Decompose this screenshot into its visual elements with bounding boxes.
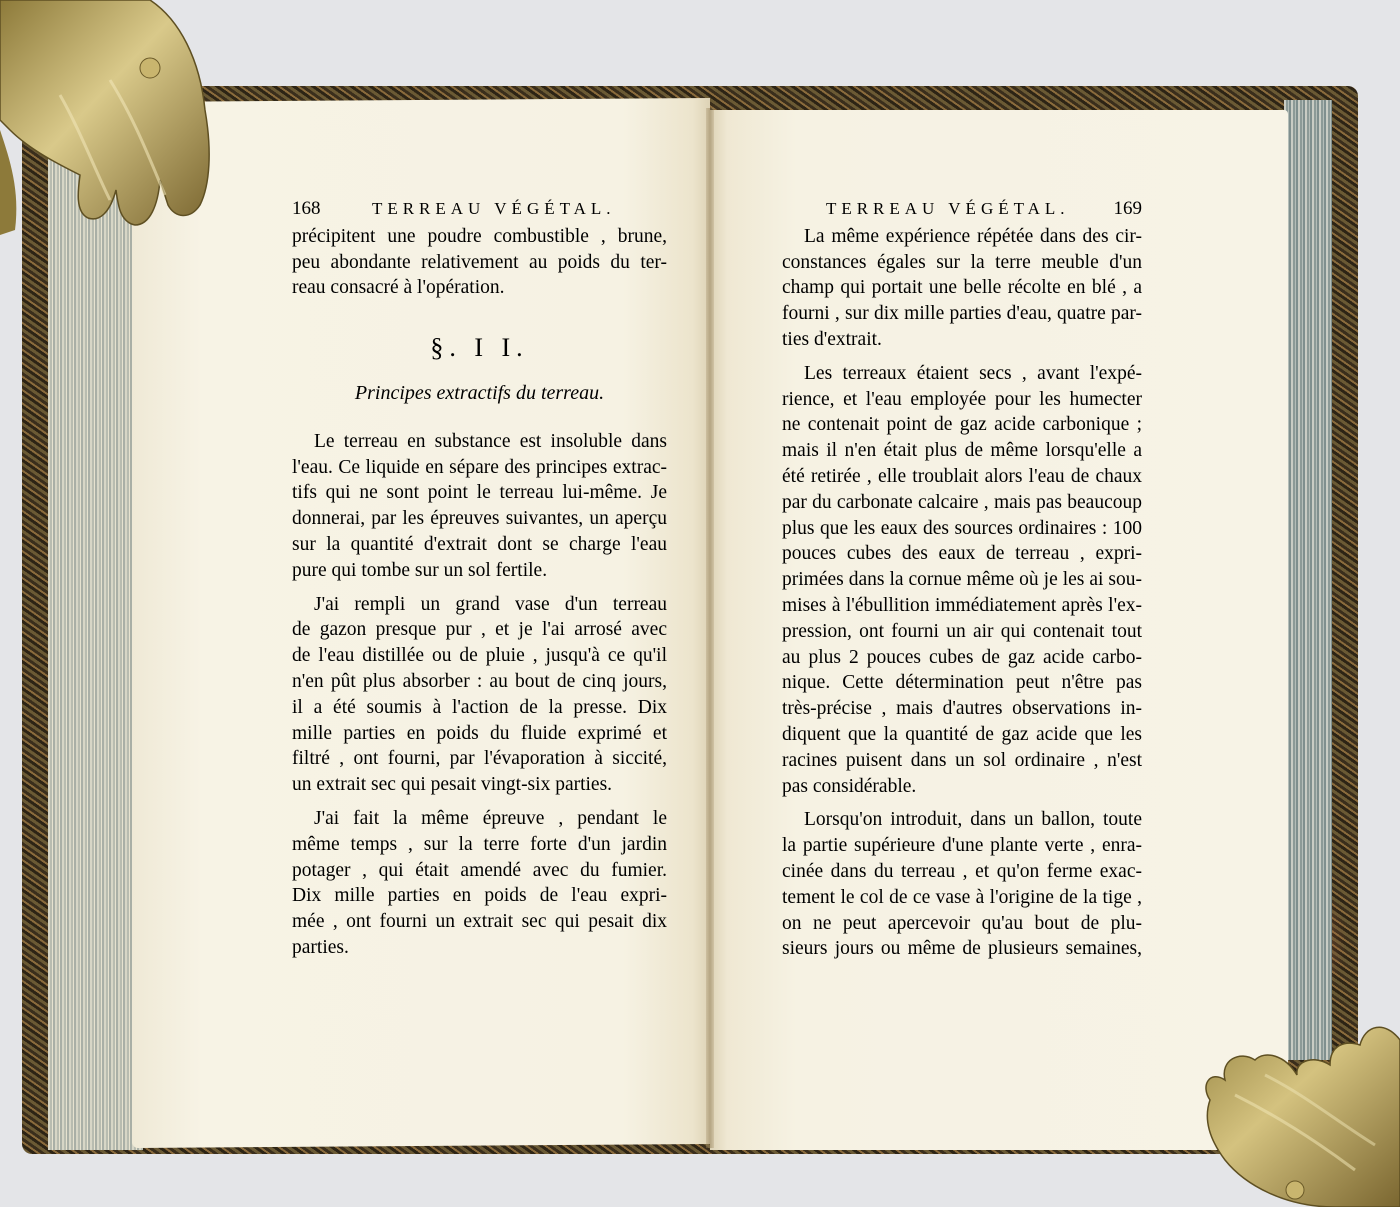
text-line: La même expérience répétée dans des cir- (782, 224, 1142, 250)
text-line: racines puisent dans un sol ordinaire , … (782, 748, 1142, 774)
text-line: plus que les eaux des sources ordinaires… (782, 516, 1142, 542)
text-line: ties d'extrait. (782, 327, 1142, 353)
left-page-edges (48, 150, 143, 1150)
text-line: peu abondante relativement au poids du t… (292, 250, 667, 276)
text-line: tifs qui ne sont point le terreau lui-mê… (292, 480, 667, 506)
text-line: champ qui portait une belle récolte en b… (782, 275, 1142, 301)
paragraph: J'ai rempli un grand vase d'un terreau d… (292, 592, 667, 798)
text-line: tement le col de ce vase à l'origine de … (782, 885, 1142, 911)
text-line: reau consacré à l'opération. (292, 275, 667, 301)
text-line: ne contenait point de gaz acide carboniq… (782, 412, 1142, 438)
text-line: sieurs jours ou même de plusieurs semain… (782, 936, 1142, 962)
text-line: par du carbonate calcaire , mais pas bea… (782, 490, 1142, 516)
text-line: nique. Cette détermination peut n'être p… (782, 670, 1142, 696)
continuation-paragraph: précipitent une poudre combustible , bru… (292, 224, 667, 301)
text-line: pouces cubes des eaux de terreau , expri… (782, 541, 1142, 567)
right-running-head: TERREAU VÉGÉTAL. 169 (782, 196, 1142, 222)
text-line: mises à l'ébullition immédiatement après… (782, 593, 1142, 619)
text-line: pas considérable. (782, 774, 1142, 800)
text-line: rience, et l'eau employée pour les humec… (782, 387, 1142, 413)
paragraph: Les terreaux étaient secs , avant l'expé… (782, 361, 1142, 800)
text-line: Le terreau en substance est insoluble da… (292, 429, 667, 455)
text-line: mée , ont fourni un extrait sec qui pesa… (292, 909, 667, 935)
text-line: mille parties en poids du fluide exprimé… (292, 721, 667, 747)
photo-scene: 168 TERREAU VÉGÉTAL. précipitent une pou… (0, 0, 1400, 1207)
text-line: été retirée , elle troublait alors l'eau… (782, 464, 1142, 490)
paragraph: Lorsqu'on introduit, dans un ballon, tou… (782, 807, 1142, 962)
text-line: même temps , sur la terre forte d'un jar… (292, 832, 667, 858)
brass-hand-bottom-right-icon (1195, 1020, 1400, 1207)
text-line: de l'eau distillée ou de pluie , jusqu'à… (292, 643, 667, 669)
text-line: J'ai fait la même épreuve , pendant le (292, 806, 667, 832)
text-line: un extrait sec qui pesait vingt-six part… (292, 772, 667, 798)
paragraph: La même expérience répétée dans des cir-… (782, 224, 1142, 353)
book-gutter (706, 108, 714, 1148)
section-heading: §. I I. (292, 335, 667, 361)
text-line: fourni , sur dix mille parties d'eau, qu… (782, 301, 1142, 327)
paragraph: Le terreau en substance est insoluble da… (292, 429, 667, 584)
running-head-title: TERREAU VÉGÉTAL. (782, 196, 1114, 222)
left-running-head: 168 TERREAU VÉGÉTAL. (292, 196, 667, 222)
text-line: au plus 2 pouces cubes de gaz acide carb… (782, 645, 1142, 671)
brass-hand-top-left-icon (0, 0, 230, 235)
text-line: il a été soumis à l'action de la presse.… (292, 695, 667, 721)
text-line: pression, ont fourni un air qui contenai… (782, 619, 1142, 645)
text-line: sur la quantité d'extrait dont se charge… (292, 532, 667, 558)
page-number: 168 (292, 196, 321, 222)
text-line: mais il n'en était plus de même lorsqu'e… (782, 438, 1142, 464)
running-head-title: TERREAU VÉGÉTAL. (321, 196, 668, 222)
page-number: 169 (1114, 196, 1143, 222)
text-line: diquent que la quantité de gaz acide que… (782, 722, 1142, 748)
text-line: cinée dans du terreau , et qu'on ferme e… (782, 859, 1142, 885)
text-line: on ne peut apercevoir qu'au bout de plu- (782, 911, 1142, 937)
text-line: filtré , ont fourni, par l'évaporation à… (292, 746, 667, 772)
text-line: potager , qui était amendé avec du fumie… (292, 858, 667, 884)
text-line: n'en pût plus absorber : au bout de cinq… (292, 669, 667, 695)
text-line: de gazon presque pur , et je l'ai arrosé… (292, 617, 667, 643)
right-page-edges (1284, 100, 1332, 1060)
text-line: l'eau. Ce liquide en sépare des principe… (292, 455, 667, 481)
text-line: constances égales sur la terre meuble d'… (782, 250, 1142, 276)
text-line: parties. (292, 935, 667, 961)
text-line: Les terreaux étaient secs , avant l'expé… (782, 361, 1142, 387)
right-page-text: TERREAU VÉGÉTAL. 169 La même expérience … (782, 196, 1142, 970)
text-line: Lorsqu'on introduit, dans un ballon, tou… (782, 807, 1142, 833)
section-title: Principes extractifs du terreau. (292, 381, 667, 407)
left-page-text: 168 TERREAU VÉGÉTAL. précipitent une pou… (292, 196, 667, 969)
text-line: précipitent une poudre combustible , bru… (292, 224, 667, 250)
text-line: très-précise , mais d'autres observation… (782, 696, 1142, 722)
text-line: J'ai rempli un grand vase d'un terreau (292, 592, 667, 618)
paragraph: J'ai fait la même épreuve , pendant le m… (292, 806, 667, 961)
text-line: pure qui tombe sur un sol fertile. (292, 558, 667, 584)
text-line: donnerai, par les épreuves suivantes, un… (292, 506, 667, 532)
text-line: la partie supérieure d'une plante verte … (782, 833, 1142, 859)
text-line: primées dans la cornue même où je les ai… (782, 567, 1142, 593)
text-line: Dix mille parties en poids de l'eau expr… (292, 883, 667, 909)
